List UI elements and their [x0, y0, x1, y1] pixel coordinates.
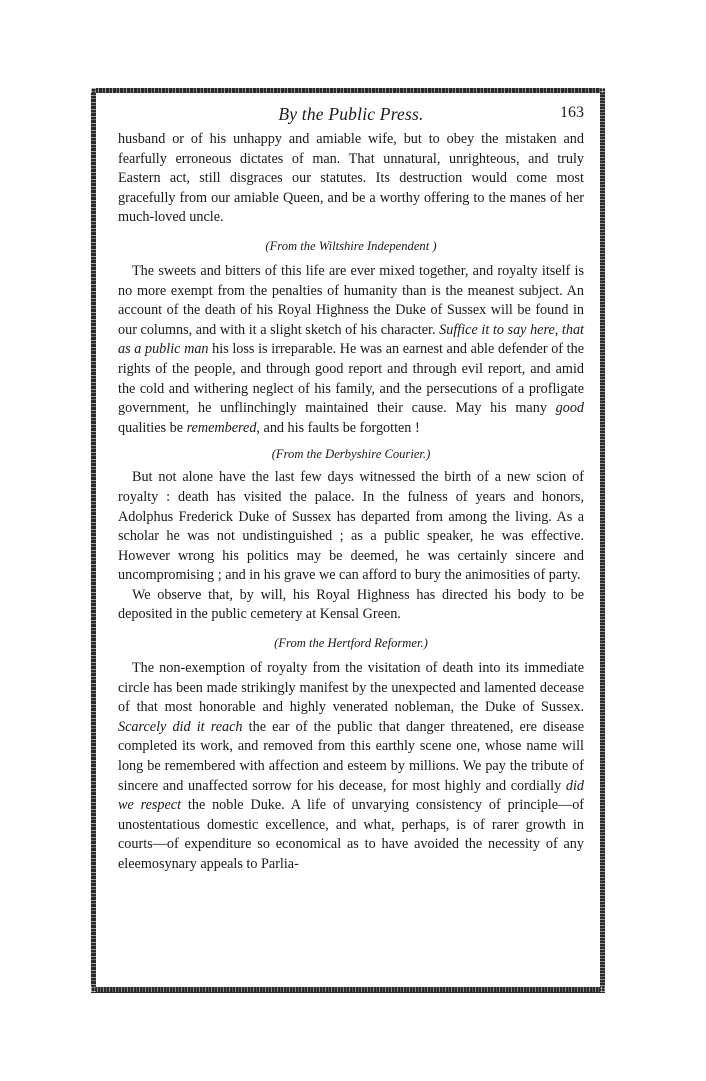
source-attribution-hertford: (From the Hertford Reformer.)	[118, 634, 584, 653]
source-attribution-derbyshire: (From the Derbyshire Courier.)	[118, 445, 584, 464]
text-run: qualities be	[118, 420, 187, 436]
paragraph-derbyshire-2: We observe that, by will, his Royal High…	[118, 586, 584, 625]
text-run: The non-exemption of royalty from the vi…	[118, 660, 584, 715]
book-page: By the Public Press. 163 husband or of h…	[118, 100, 584, 875]
page-number: 163	[560, 104, 584, 122]
paragraph-derbyshire-1: But not alone have the last few days wit…	[118, 468, 584, 586]
running-head: By the Public Press. 163	[118, 100, 584, 126]
italic-run: good	[556, 400, 584, 416]
italic-run: Scarcely did it reach	[118, 719, 243, 735]
source-attribution-wiltshire: (From the Wiltshire Independent )	[118, 237, 584, 256]
paragraph-hertford: The non-exemption of royalty from the vi…	[118, 659, 584, 875]
italic-run: remembered,	[187, 420, 260, 436]
running-title: By the Public Press.	[118, 104, 584, 125]
text-run: and his faults be forgotten !	[260, 420, 420, 436]
text-run: the noble Duke. A life of unvarying cons…	[118, 797, 584, 872]
paragraph-wiltshire: The sweets and bitters of this life are …	[118, 262, 584, 438]
continued-paragraph: husband or of his unhappy and amiable wi…	[118, 130, 584, 228]
